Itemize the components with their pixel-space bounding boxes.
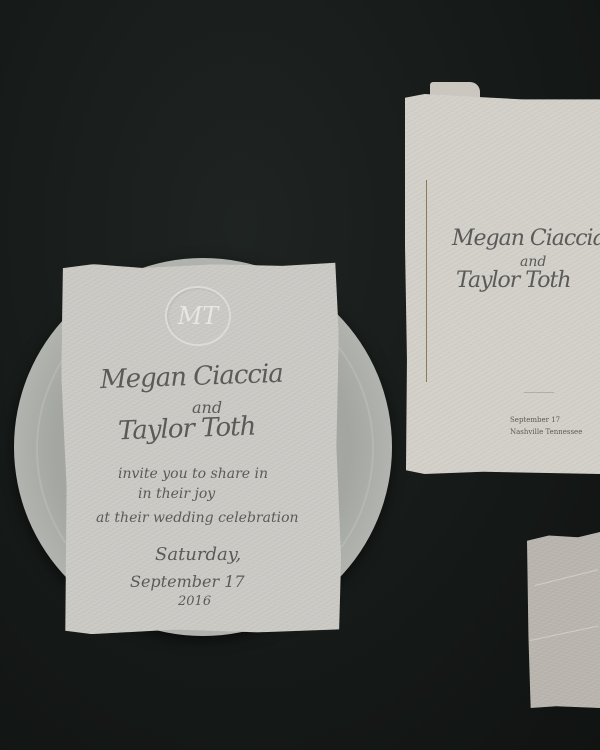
program-names-line1: Megan Ciaccia: [452, 226, 600, 251]
gold-binding-thread: [426, 180, 427, 382]
photo-scene: Megan Ciaccia and Taylor Toth September …: [0, 0, 600, 750]
invite-names-line1: Megan Ciaccia: [100, 359, 284, 395]
program-location: Nashville Tennessee: [510, 428, 582, 436]
program-names-line2: Taylor Toth: [456, 268, 571, 293]
invite-line-3: at their wedding celebration: [96, 510, 299, 526]
invite-line-1: invite you to share in: [118, 466, 268, 482]
invite-line-2: in their joy: [138, 486, 215, 502]
torn-paper-scrap: [527, 532, 600, 708]
invite-day: Saturday,: [155, 544, 241, 565]
invite-year: 2016: [178, 594, 211, 609]
program-divider: [524, 392, 554, 393]
embossed-monogram: MT: [165, 286, 231, 346]
program-date: September 17: [510, 416, 560, 424]
invite-date: September 17: [130, 572, 245, 591]
invite-names-line2: Taylor Toth: [118, 412, 256, 447]
